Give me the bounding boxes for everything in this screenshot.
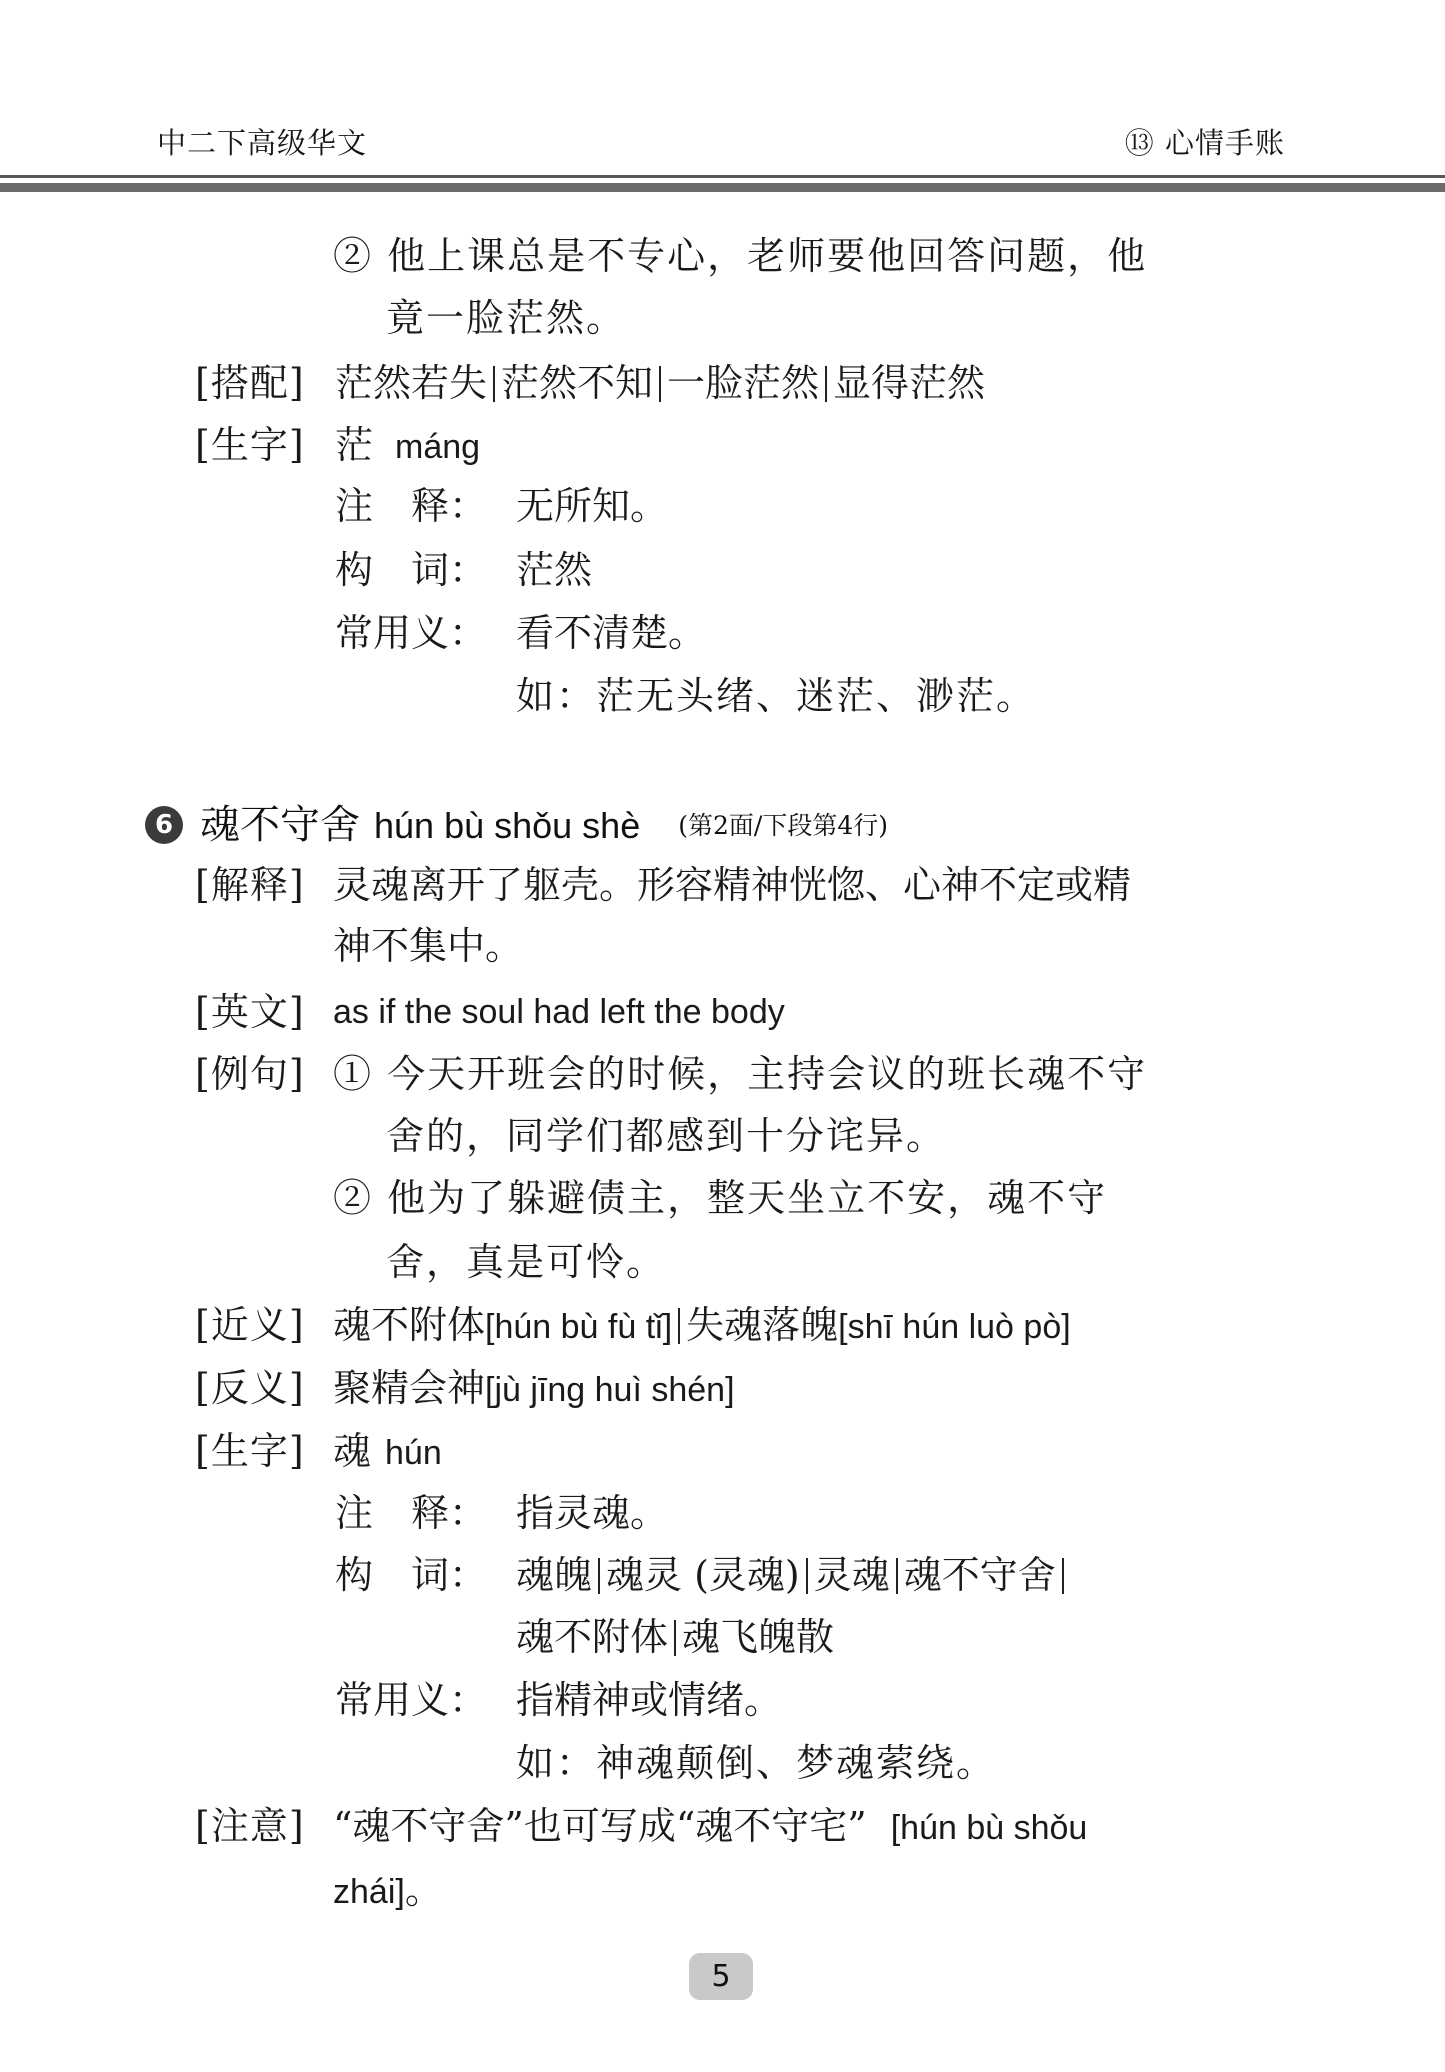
word-item: 魂不附体 <box>516 1615 668 1659</box>
common-meaning-example: 如：神魂颠倒、梦魂萦绕。 <box>516 1739 996 1787</box>
explanation-line-1: 灵魂离开了躯壳。形容精神恍惚、心神不定或精 <box>333 861 1131 909</box>
collocation-label: [搭配] <box>195 359 305 407</box>
header-rule-thin <box>0 175 1445 178</box>
entry-heading: 魂不守舍hún bù shǒu shè(第2面/下段第4行) <box>200 800 888 851</box>
annotation-text: 无所知。 <box>516 482 668 530</box>
word-item: 灵魂 <box>814 1553 890 1597</box>
word-item: 魂飞魄散 <box>682 1615 834 1659</box>
words-line-1: 魂魄魂灵 (灵魂)灵魂魂不守舍 <box>516 1551 1070 1599</box>
separator <box>678 1308 680 1344</box>
book-title: 中二下高级华文 <box>157 121 367 162</box>
synonym-word: 魂不附体 <box>333 1303 485 1347</box>
english-text: as if the soul had left the body <box>333 988 785 1036</box>
example-1-line-2: 舍的，同学们都感到十分诧异。 <box>386 1112 946 1160</box>
example-2-line-1: ② 他上课总是不专心，老师要他回答问题，他 <box>333 232 1147 280</box>
entry-number-badge: 6 <box>145 806 183 844</box>
synonym-pinyin: [hún bù fù tǐ] <box>485 1308 672 1346</box>
synonyms-label: [近义] <box>195 1301 305 1349</box>
separator <box>896 1558 898 1594</box>
common-meaning-example: 如：茫无头绪、迷茫、渺茫。 <box>516 672 1036 720</box>
entry-title: 魂不守舍 <box>200 802 360 848</box>
example-1-line-1: ① 今天开班会的时候，主持会议的班长魂不守 <box>333 1050 1147 1098</box>
new-char-pinyin: hún <box>385 1434 442 1472</box>
annotation-label: 注 释： <box>335 482 487 530</box>
synonym-word: 失魂落魄 <box>686 1303 838 1347</box>
separator <box>493 366 495 402</box>
english-label: [英文] <box>195 988 305 1036</box>
antonym: 聚精会神[jù jīng huì shén] <box>333 1364 735 1414</box>
word-item: 魂不守舍 <box>904 1553 1056 1597</box>
collocation-item: 茫然若失 <box>335 361 487 405</box>
explanation-line-2: 神不集中。 <box>333 922 523 970</box>
annotation-text: 指灵魂。 <box>516 1489 668 1537</box>
explanation-label: [解释] <box>195 861 305 909</box>
note-line-1: “魂不守舍”也可写成“魂不守宅”[hún bù shǒu <box>333 1802 1087 1852</box>
note-period: 。 <box>405 1868 443 1912</box>
common-meaning-text: 指精神或情绪。 <box>516 1676 782 1724</box>
common-meaning-text: 看不清楚。 <box>516 609 706 657</box>
collocation-item: 茫然不知 <box>501 361 653 405</box>
separator <box>1062 1558 1064 1594</box>
example-2-line-1: ② 他为了躲避债主，整天坐立不安，魂不守 <box>333 1174 1107 1222</box>
new-char: 茫máng <box>335 421 480 471</box>
antonym-pinyin: [jù jīng huì shén] <box>485 1371 735 1409</box>
antonyms-label: [反义] <box>195 1364 305 1412</box>
example-2-line-2: 舍，真是可怜。 <box>386 1238 666 1286</box>
new-char: 魂hún <box>333 1427 442 1477</box>
words-label: 构 词： <box>335 546 487 594</box>
collocation-item: 显得茫然 <box>833 361 985 405</box>
collocation-item: 一脸茫然 <box>667 361 819 405</box>
words-label: 构 词： <box>335 1551 487 1599</box>
new-char-label: [生字] <box>195 421 305 469</box>
entry-pinyin: hún bù shǒu shè <box>374 805 640 846</box>
word-item: 魂魄 <box>516 1553 592 1597</box>
synonyms-list: 魂不附体[hún bù fù tǐ]失魂落魄[shī hún luò pò] <box>333 1301 1071 1351</box>
note-text: “魂不守舍”也可写成“魂不守宅” <box>333 1804 867 1848</box>
examples-label: [例句] <box>195 1050 305 1098</box>
note-pinyin-cont: zhái] <box>333 1873 405 1911</box>
common-meaning-label: 常用义： <box>335 1676 487 1724</box>
annotation-label: 注 释： <box>335 1489 487 1537</box>
example-2-line-2: 竟一脸茫然。 <box>386 294 626 342</box>
word-item: 魂灵 (灵魂) <box>606 1553 800 1597</box>
synonym-pinyin: [shī hún luò pò] <box>838 1308 1071 1346</box>
note-line-2: zhái]。 <box>333 1866 443 1916</box>
header-rule-thick <box>0 183 1445 192</box>
new-char-glyph: 魂 <box>333 1429 371 1473</box>
separator <box>806 1558 808 1594</box>
new-char-pinyin: máng <box>395 428 480 466</box>
collocation-list: 茫然若失茫然不知一脸茫然显得茫然 <box>335 359 985 407</box>
new-char-label: [生字] <box>195 1427 305 1475</box>
common-meaning-label: 常用义： <box>335 609 487 657</box>
separator <box>598 1558 600 1594</box>
antonym-word: 聚精会神 <box>333 1366 485 1410</box>
separator <box>674 1620 676 1656</box>
note-label: [注意] <box>195 1802 305 1850</box>
words-text: 茫然 <box>516 546 592 594</box>
separator <box>659 366 661 402</box>
page-number: 5 <box>689 1953 753 2000</box>
new-char-glyph: 茫 <box>335 423 373 467</box>
entry-reference: (第2面/下段第4行) <box>678 811 888 840</box>
chapter-title: ⑬ 心情手账 <box>1125 121 1285 162</box>
note-pinyin: [hún bù shǒu <box>891 1809 1088 1847</box>
words-line-2: 魂不附体魂飞魄散 <box>516 1613 834 1661</box>
separator <box>825 366 827 402</box>
